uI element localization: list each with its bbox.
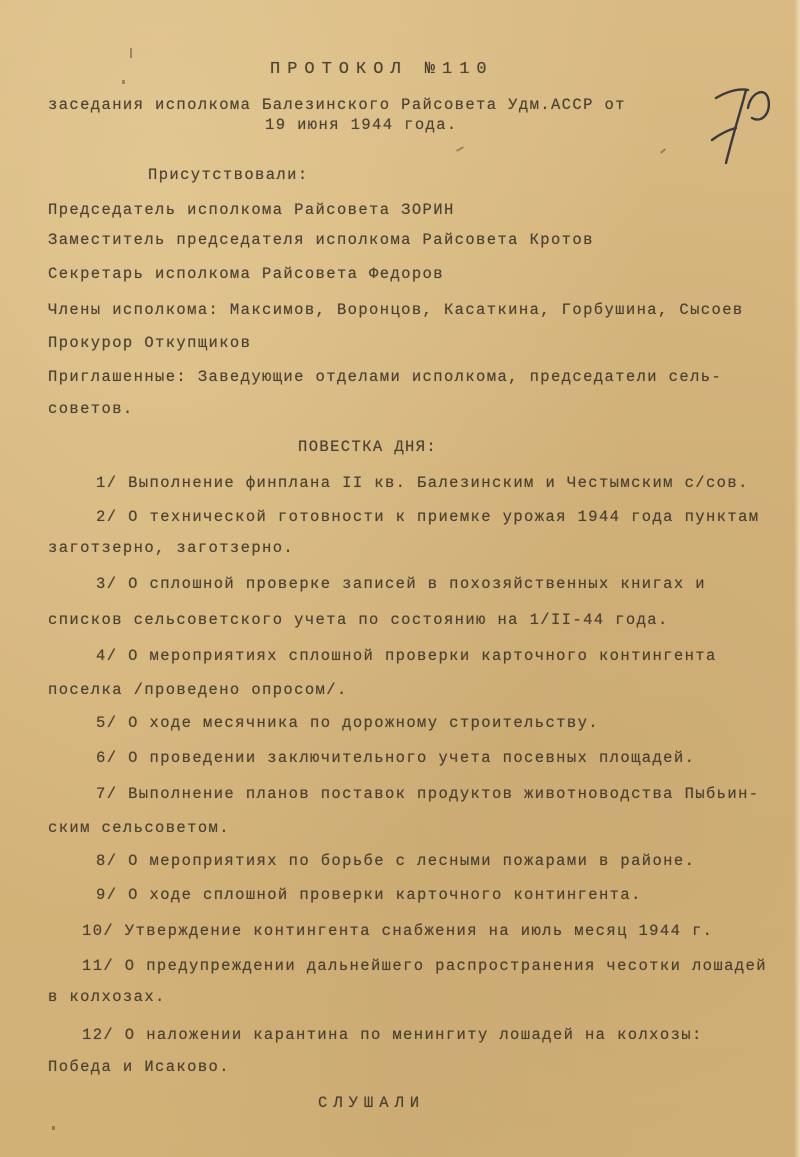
- protocol-title: ПРОТОКОЛ №110: [270, 60, 494, 79]
- attendee-deputy-chairman: Заместитель председателя исполкома Райсо…: [48, 231, 594, 249]
- agenda-heading: ПОВЕСТКА ДНЯ:: [298, 438, 437, 456]
- agenda-item-8: 8/ О мероприятиях по борьбе с лесными по…: [96, 852, 695, 870]
- agenda-item-3-line-2: списков сельсоветского учета по состояни…: [48, 611, 669, 629]
- handwritten-sheet-number: [708, 78, 778, 168]
- attendee-chairman: Председатель исполкома Райсовета ЗОРИН: [48, 201, 455, 219]
- agenda-item-5: 5/ О ходе месячника по дорожному строите…: [96, 714, 599, 732]
- heard-heading: СЛУШАЛИ: [318, 1094, 425, 1112]
- agenda-item-7-line-1: 7/ Выполнение планов поставок продуктов …: [96, 785, 760, 803]
- invited-line-2: советов.: [48, 400, 134, 418]
- agenda-item-9: 9/ О ходе сплошной проверки карточного к…: [96, 886, 642, 904]
- agenda-item-6: 6/ О проведении заключительного учета по…: [96, 749, 695, 767]
- agenda-item-11-line-1: 11/ О предупреждении дальнейшего распрос…: [82, 957, 767, 975]
- invited-line-1: Приглашенные: Заведующие отделами исполк…: [48, 368, 722, 386]
- agenda-item-4-line-1: 4/ О мероприятиях сплошной проверки карт…: [96, 647, 717, 665]
- protocol-subtitle-line-1: заседания исполкома Балезинского Райсове…: [48, 96, 626, 114]
- agenda-item-12-line-1: 12/ О наложении карантина по менингиту л…: [82, 1026, 703, 1044]
- present-heading: Присутствовали:: [148, 166, 309, 184]
- agenda-item-2-line-2: заготзерно, заготзерно.: [48, 539, 294, 557]
- protocol-date: 19 июня 1944 года.: [265, 116, 458, 134]
- attendee-members: Члены исполкома: Максимов, Воронцов, Кас…: [48, 301, 744, 319]
- agenda-item-4-line-2: поселка /проведено опросом/.: [48, 681, 348, 699]
- paper-speck: [660, 148, 666, 153]
- agenda-item-1: 1/ Выполнение финплана II кв. Балезински…: [96, 474, 749, 492]
- agenda-item-10: 10/ Утверждение контингента снабжения на…: [82, 922, 713, 940]
- paper-speck: [122, 80, 125, 84]
- agenda-item-2-line-1: 2/ О технической готовности к приемке ур…: [96, 508, 760, 526]
- agenda-item-11-line-2: в колхозах.: [48, 988, 166, 1006]
- agenda-item-7-line-2: ским сельсоветом.: [48, 819, 230, 837]
- attendee-secretary: Секретарь исполкома Райсовета Федоров: [48, 265, 444, 283]
- agenda-item-12-line-2: Победа и Исаково.: [48, 1058, 230, 1076]
- attendee-prosecutor: Прокурор Откупщиков: [48, 334, 251, 352]
- agenda-item-3-line-1: 3/ О сплошной проверке записей в похозяй…: [96, 575, 706, 593]
- paper-speck: [456, 146, 464, 152]
- paper-speck: [130, 48, 132, 58]
- paper-speck: [52, 1126, 55, 1130]
- scanned-paper-sheet: ПРОТОКОЛ №110 заседания исполкома Балези…: [0, 0, 800, 1157]
